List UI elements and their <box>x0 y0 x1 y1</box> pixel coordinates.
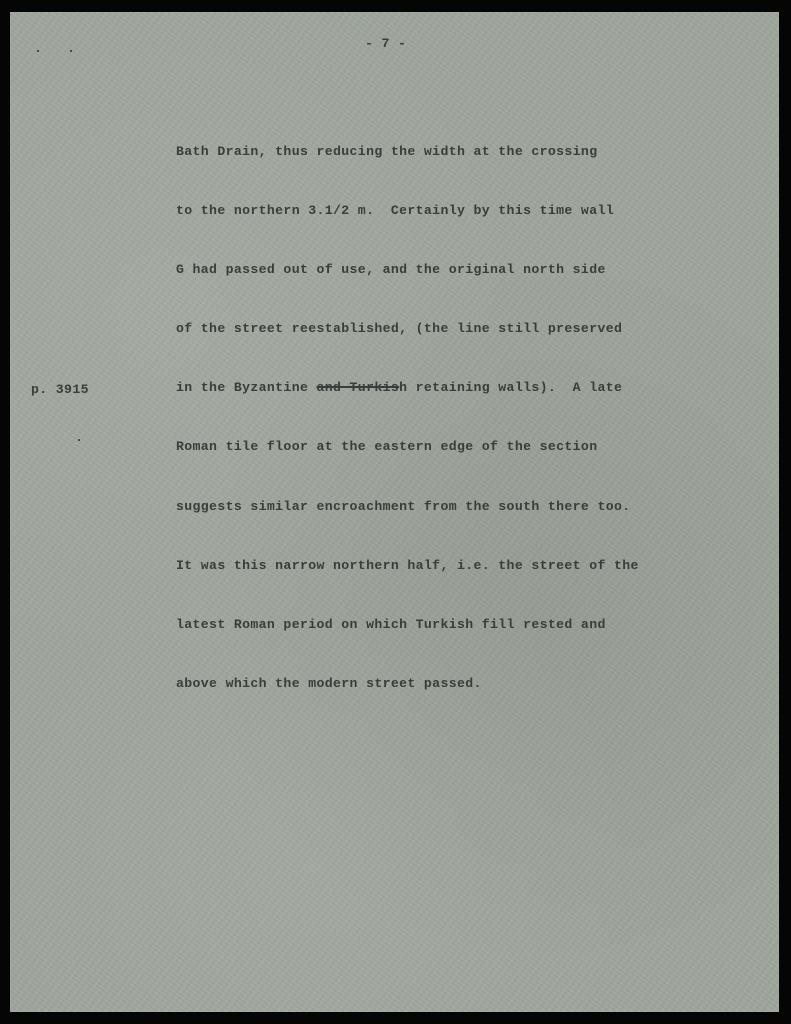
body-text: Bath Drain, thus reducing the width at t… <box>176 112 639 733</box>
text-line: G had passed out of use, and the origina… <box>176 260 639 289</box>
text-line: latest Roman period on which Turkish fil… <box>176 615 639 644</box>
text-line: of the street reestablished, (the line s… <box>176 319 639 348</box>
struck-out-text: and Turkis <box>316 380 399 395</box>
text-line-with-strikeout: in the Byzantine and Turkish retaining w… <box>176 378 639 407</box>
text-line: Roman tile floor at the eastern edge of … <box>176 437 639 466</box>
margin-page-reference: p. 3915 <box>31 382 89 397</box>
speck-mark <box>78 439 80 441</box>
text-line: to the northern 3.1/2 m. Certainly by th… <box>176 201 639 230</box>
text-line: suggests similar encroachment from the s… <box>176 497 639 526</box>
page-number: - 7 - <box>365 36 406 51</box>
speck-mark <box>37 50 39 52</box>
text-segment: h retaining walls). A late <box>399 380 622 395</box>
text-segment: in the Byzantine <box>176 380 316 395</box>
text-line: above which the modern street passed. <box>176 674 639 703</box>
text-line: Bath Drain, thus reducing the width at t… <box>176 142 639 171</box>
speck-mark <box>70 50 72 52</box>
text-line: It was this narrow northern half, i.e. t… <box>176 556 639 585</box>
document-page: - 7 - Bath Drain, thus reducing the widt… <box>10 12 779 1012</box>
